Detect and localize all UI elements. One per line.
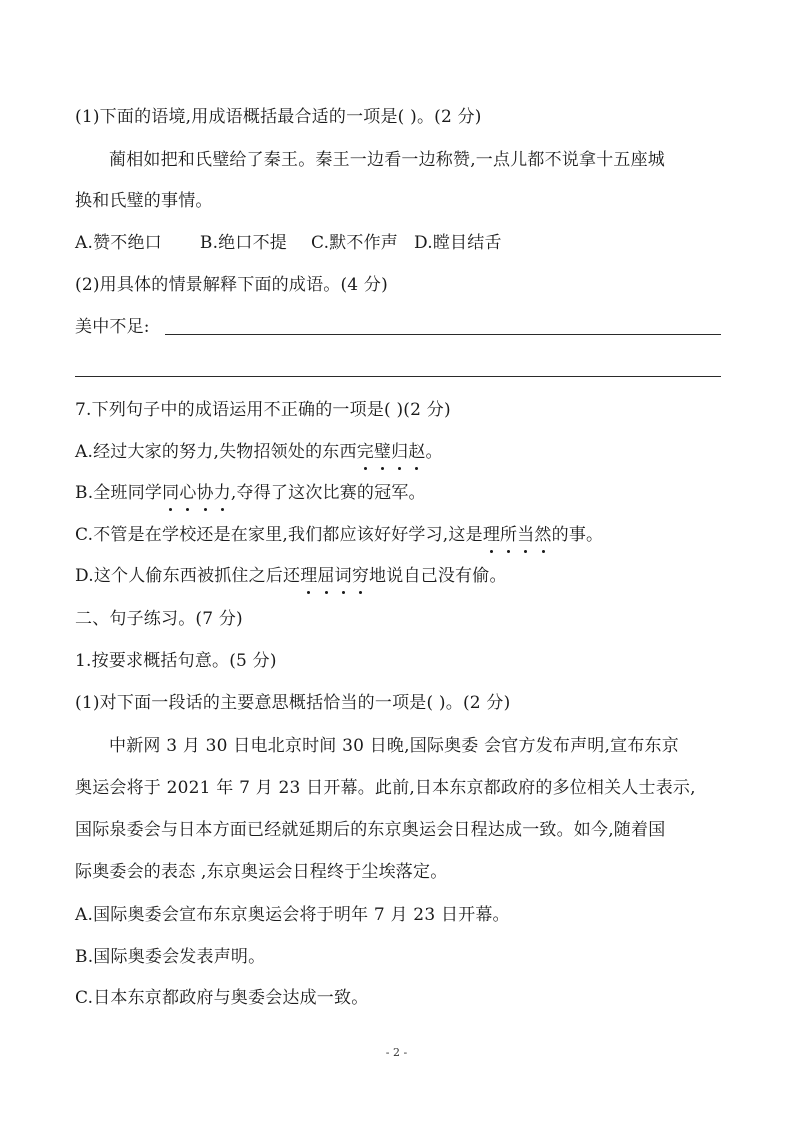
answer-line-1[interactable] bbox=[165, 334, 721, 335]
passage-line-2: 奥运会将于 2021 年 7 月 23 日开幕。此前,日本东京都政府的多位相关人… bbox=[75, 776, 725, 800]
emphasis-char: 心 bbox=[179, 481, 196, 505]
idiom-label: 美中不足: bbox=[75, 315, 150, 339]
exam-page: (1)下面的语境,用成语概括最合适的一项是( )。(2 分) 蔺相如把和氏璧给了… bbox=[0, 0, 793, 1122]
q7-option-a[interactable]: A.经过大家的努力,失物招领处的东西完璧归赵。 bbox=[75, 440, 725, 464]
option-text: 的事。 bbox=[552, 525, 604, 545]
option-text: ,夺得了这次比赛的冠军。 bbox=[231, 483, 426, 503]
q6-option-c[interactable]: C.默不作声 bbox=[311, 233, 398, 253]
section-heading: 二、句子练习。(7 分) bbox=[75, 607, 725, 631]
emphasis-char: 协 bbox=[197, 481, 214, 505]
emphasis-char: 当 bbox=[517, 523, 534, 547]
option-text: C.不管是在学校还是在家里,我们都应该好好学习,这是 bbox=[75, 525, 483, 545]
q6-passage-line-1: 蔺相如把和氏璧给了秦王。秦王一边看一边称赞,一点儿都不说拿十五座城 bbox=[109, 148, 725, 172]
s2-option-a[interactable]: A.国际奥委会宣布东京奥运会将于明年 7 月 23 日开幕。 bbox=[75, 903, 725, 927]
emphasis-char: 璧 bbox=[374, 440, 391, 464]
emphasis-char: 同 bbox=[162, 481, 179, 505]
emphasis-char: 力 bbox=[214, 481, 231, 505]
q7-option-b[interactable]: B.全班同学同心协力,夺得了这次比赛的冠军。 bbox=[75, 481, 725, 505]
emphasis-char: 所 bbox=[500, 523, 517, 547]
q6-option-b[interactable]: B.绝口不提 bbox=[200, 233, 287, 253]
passage-line-4: 际奥委会的表态 ,东京奥运会日程终于尘埃落定。 bbox=[75, 860, 725, 884]
q6-part1-prompt: (1)下面的语境,用成语概括最合适的一项是( )。(2 分) bbox=[75, 105, 725, 129]
q6-passage-line-2: 换和氏璧的事情。 bbox=[75, 189, 725, 213]
q6-part2-prompt: (2)用具体的情景解释下面的成语。(4 分) bbox=[75, 273, 725, 297]
emphasis-char: 穷 bbox=[352, 564, 369, 588]
q7-option-d[interactable]: D.这个人偷东西被抓住之后还理屈词穷地说自己没有偷。 bbox=[75, 564, 725, 588]
s2-q1-part1-prompt: (1)对下面一段话的主要意思概括恰当的一项是( )。(2 分) bbox=[75, 691, 725, 715]
emphasis-char: 完 bbox=[357, 440, 374, 464]
option-text: 。 bbox=[426, 442, 443, 462]
emphasis-char: 屈 bbox=[317, 564, 334, 588]
passage-line-1: 中新网 3 月 30 日电北京时间 30 日晚,国际奥委 会官方发布声明,宣布东… bbox=[109, 734, 725, 758]
emphasis-char: 理 bbox=[483, 523, 500, 547]
q6-options: A.赞不绝口B.绝口不提C.默不作声D.瞠目结舌 bbox=[75, 231, 725, 255]
emphasis-char: 词 bbox=[335, 564, 352, 588]
option-text: A.经过大家的努力,失物招领处的东西 bbox=[75, 442, 357, 462]
page-number: - 2 - bbox=[0, 1046, 793, 1059]
q6-option-d[interactable]: D.瞠目结舌 bbox=[414, 233, 502, 253]
option-text: D.这个人偷东西被抓住之后还 bbox=[75, 566, 300, 586]
answer-line-2[interactable] bbox=[75, 376, 721, 377]
emphasis-char: 然 bbox=[534, 523, 551, 547]
emphasis-char: 归 bbox=[391, 440, 408, 464]
s2-option-c[interactable]: C.日本东京都政府与奥委会达成一致。 bbox=[75, 986, 725, 1010]
q6-option-a[interactable]: A.赞不绝口 bbox=[75, 233, 162, 253]
s2-option-b[interactable]: B.国际奥委会发表声明。 bbox=[75, 945, 725, 969]
q7-option-c[interactable]: C.不管是在学校还是在家里,我们都应该好好学习,这是理所当然的事。 bbox=[75, 523, 725, 547]
emphasis-char: 赵 bbox=[408, 440, 425, 464]
option-text: B.全班同学 bbox=[75, 483, 162, 503]
emphasis-char: 理 bbox=[300, 564, 317, 588]
q7-prompt: 7.下列句子中的成语运用不正确的一项是( )(2 分) bbox=[75, 398, 725, 422]
s2-q1-prompt: 1.按要求概括句意。(5 分) bbox=[75, 649, 725, 673]
option-text: 地说自己没有偷。 bbox=[369, 566, 507, 586]
passage-line-3: 国际泉委会与日本方面已经就延期后的东京奥运会日程达成一致。如今,随着国 bbox=[75, 818, 725, 842]
